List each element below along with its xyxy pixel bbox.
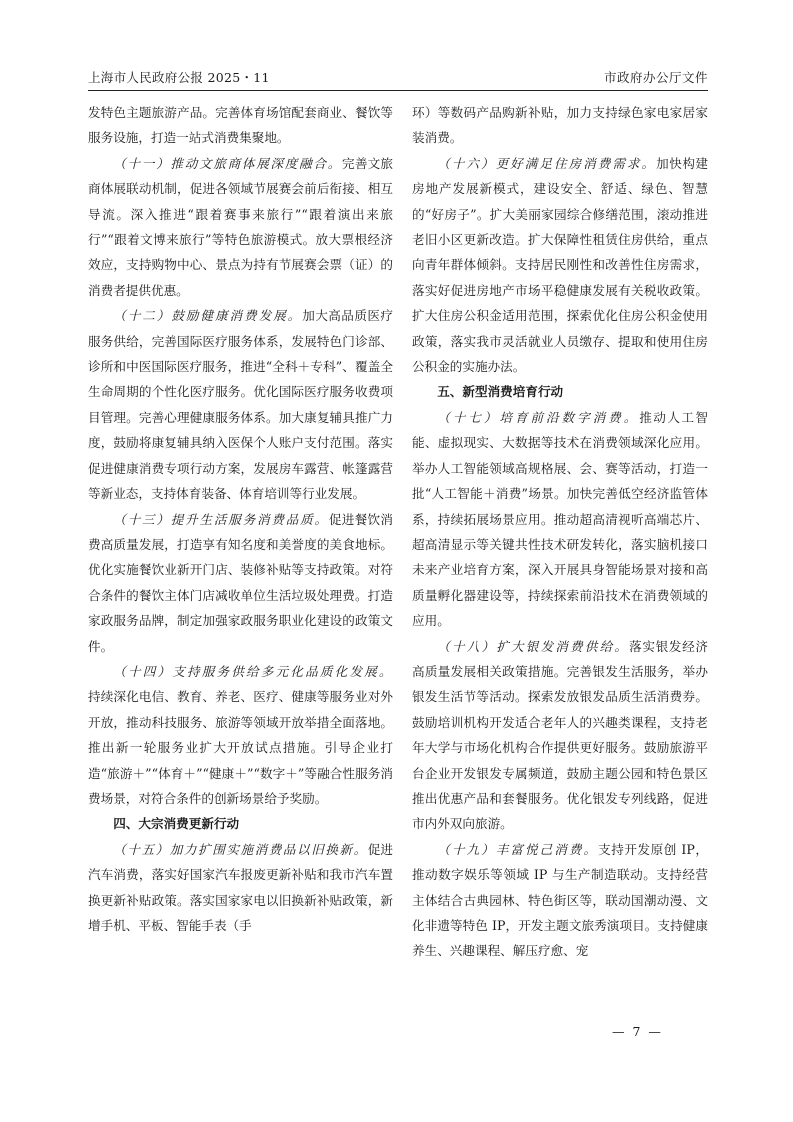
publication-title: 上海市人民政府公报 2025・11 (88, 68, 270, 86)
paragraph-17: （十七）培育前沿数字消费。推动人工智能、虚拟现实、大数据等技术在消费领域深化应用… (412, 405, 708, 634)
paragraph-12: （十二）鼓励健康消费发展。加大高品质医疗服务供给，完善国际医疗服务体系，发展特色… (88, 303, 393, 506)
paragraph-11: （十一）推动文旅商体展深度融合。完善文旅商体展联动机制，促进各领域节展赛会前后衔… (88, 151, 393, 303)
item-heading: （十四）支持服务供给多元化品质化发展。 (113, 664, 393, 679)
left-column: 发特色主题旅游产品。完善体育场馆配套商业、餐饮等服务设施，打造一站式消费集聚地。… (88, 100, 393, 938)
item-heading: （十二）鼓励健康消费发展。 (113, 308, 302, 323)
item-heading: （十三）提升生活服务消费品质。 (113, 512, 329, 527)
item-heading: （十五）加力扩围实施消费品以旧换新。 (113, 842, 368, 857)
paragraph-15: （十五）加力扩围实施消费品以旧换新。促进汽车消费，落实好国家汽车报废更新补贴和我… (88, 837, 393, 939)
paragraph: 发特色主题旅游产品。完善体育场馆配套商业、餐饮等服务设施，打造一站式消费集聚地。 (88, 100, 393, 151)
right-column: 环）等数码产品购新补贴，加力支持绿色家电家居家装消费。 （十六）更好满足住房消费… (412, 100, 708, 964)
item-heading: （十六）更好满足住房消费需求。 (437, 156, 656, 171)
item-heading: （十一）推动文旅商体展深度融合。 (113, 156, 342, 171)
paragraph-13: （十三）提升生活服务消费品质。促进餐饮消费高质量发展，打造享有知名度和美誉度的美… (88, 507, 393, 659)
page-number: — 7 — (612, 1024, 663, 1039)
section-heading-4: 四、大宗消费更新行动 (88, 811, 393, 836)
header-rule (88, 90, 708, 91)
section-title: 市政府办公厅文件 (604, 68, 708, 86)
paragraph-16: （十六）更好满足住房消费需求。加快构建房地产发展新模式，建设安全、舒适、绿色、智… (412, 151, 708, 380)
item-heading: （十八）扩大银发消费供给。 (437, 639, 629, 654)
item-heading: （十九）丰富悦己消费。 (437, 842, 598, 857)
paragraph-18: （十八）扩大银发消费供给。落实银发经济高质量发展相关政策措施。完善银发生活服务，… (412, 634, 708, 837)
page-header: 上海市人民政府公报 2025・11 市政府办公厅文件 (88, 62, 708, 88)
paragraph-19: （十九）丰富悦己消费。支持开发原创 IP，推动数字娱乐等领域 IP 与生产制造联… (412, 837, 708, 964)
paragraph: 环）等数码产品购新补贴，加力支持绿色家电家居家装消费。 (412, 100, 708, 151)
item-heading: （十七）培育前沿数字消费。 (437, 410, 639, 425)
section-heading-5: 五、新型消费培育行动 (412, 379, 708, 404)
paragraph-14: （十四）支持服务供给多元化品质化发展。持续深化电信、教育、养老、医疗、健康等服务… (88, 659, 393, 811)
